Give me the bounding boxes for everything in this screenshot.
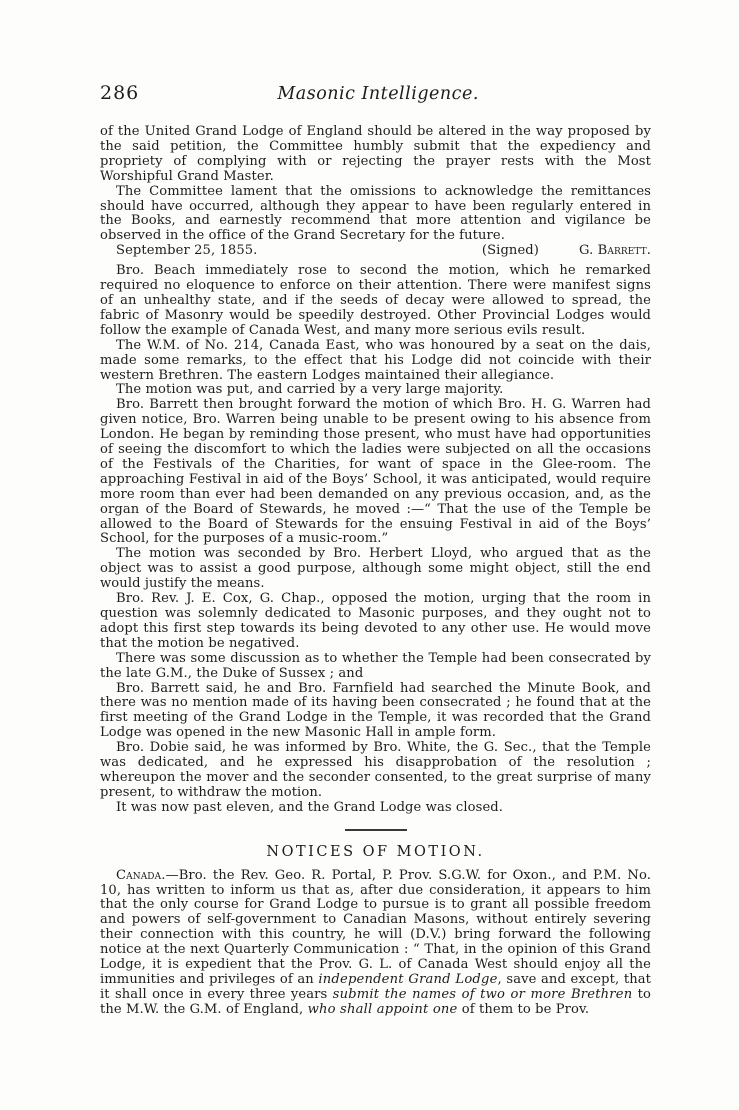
paragraph-bro-barrett-motion: Bro. Barrett then brought forward the mo… bbox=[100, 398, 651, 547]
paragraph-bro-dobie: Bro. Dobie said, he was informed by Bro.… bbox=[100, 741, 651, 801]
paragraph-canada-notice: Canada.—Bro. the Rev. Geo. R. Portal, P.… bbox=[100, 869, 651, 1018]
paragraph-rev-cox: Bro. Rev. J. E. Cox, G. Chap., opposed t… bbox=[100, 592, 651, 652]
paragraph-bro-beach: Bro. Beach immediately rose to second th… bbox=[100, 264, 651, 339]
canada-italic-2: submit the names of two or more Brethren bbox=[333, 987, 633, 1002]
canada-italic-1: independent Grand Lodge bbox=[318, 972, 497, 987]
canada-lead-small-caps: Canada. bbox=[116, 868, 165, 883]
signature-right: (Signed) G. Barrett. bbox=[482, 244, 651, 259]
paragraph-continuation: of the United Grand Lodge of England sho… bbox=[100, 125, 651, 185]
section-heading-notices-of-motion: NOTICES OF MOTION. bbox=[100, 845, 651, 860]
page-header: 286 Masonic Intelligence. bbox=[100, 82, 651, 104]
paragraph-committee-lament: The Committee lament that the omissions … bbox=[100, 185, 651, 245]
paragraph-wm-no214: The W.M. of No. 214, Canada East, who wa… bbox=[100, 339, 651, 384]
scanned-document-page: 286 Masonic Intelligence. of the United … bbox=[0, 0, 739, 1110]
paragraph-lodge-closed: It was now past eleven, and the Grand Lo… bbox=[100, 801, 651, 816]
canada-run-1: Bro. the Rev. Geo. R. Portal, P. Prov. S… bbox=[100, 868, 651, 987]
canada-run-4: of them to be Prov. bbox=[458, 1002, 590, 1017]
paragraph-herbert-lloyd: The motion was seconded by Bro. Herbert … bbox=[100, 547, 651, 592]
signature-row: September 25, 1855. (Signed) G. Barrett. bbox=[100, 244, 651, 259]
running-title: Masonic Intelligence. bbox=[105, 84, 651, 104]
signed-label: (Signed) bbox=[482, 244, 539, 259]
paragraph-motion-carried: The motion was put, and carried by a ver… bbox=[100, 383, 651, 398]
canada-italic-3: who shall appoint one bbox=[308, 1002, 458, 1017]
paragraph-discussion-temple: There was some discussion as to whether … bbox=[100, 652, 651, 682]
canada-dash: — bbox=[165, 868, 178, 883]
paragraph-minute-book: Bro. Barrett said, he and Bro. Farnfield… bbox=[100, 682, 651, 742]
section-divider bbox=[345, 829, 407, 831]
body-text: of the United Grand Lodge of England sho… bbox=[100, 125, 651, 1018]
signature-name: G. Barrett. bbox=[579, 244, 651, 259]
page-content: 286 Masonic Intelligence. of the United … bbox=[100, 82, 651, 1018]
signature-date: September 25, 1855. bbox=[116, 244, 257, 259]
